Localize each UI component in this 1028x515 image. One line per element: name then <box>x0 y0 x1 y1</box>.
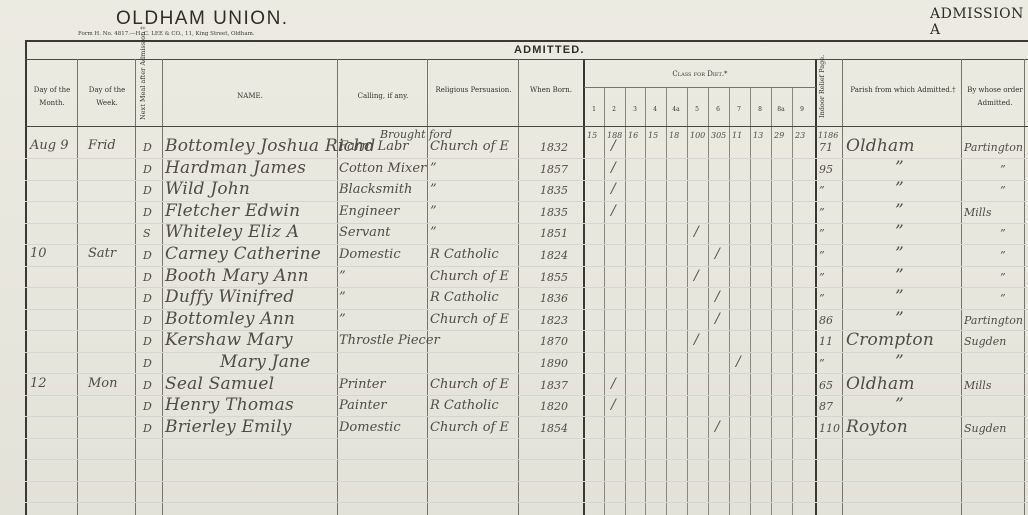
row-day-of-week: Satr <box>88 246 116 261</box>
header-next-meal: Next Meal after Admission ‡ <box>139 64 147 120</box>
row-order: Partington <box>964 314 1023 327</box>
row-parish: ” <box>895 266 904 286</box>
row-relief-page: ” <box>819 292 825 305</box>
row-relief-page: 11 <box>819 335 833 348</box>
row-parish: Crompton <box>846 330 934 350</box>
row-name: Bottomley Ann <box>165 309 295 329</box>
row-relief-page: ” <box>819 357 825 370</box>
row-name: Brierley Emily <box>165 417 292 437</box>
row-next-meal: D <box>143 357 152 370</box>
row-relief-page: ” <box>819 184 825 197</box>
row-when-born: 1837 <box>540 379 568 392</box>
row-name: Henry Thomas <box>165 395 294 415</box>
row-day-of-month: 12 <box>30 376 47 391</box>
left-frame <box>25 40 27 515</box>
row-next-meal: D <box>143 422 152 435</box>
diet-subheader: 1 <box>584 103 604 116</box>
row-when-born: 1823 <box>540 314 568 327</box>
top-rule <box>25 40 1028 42</box>
row-calling: Blacksmith <box>339 182 412 197</box>
diet-col-divider <box>771 87 772 515</box>
brought-forward-relief-page: 1186 <box>818 131 838 140</box>
row-religion: R Catholic <box>430 398 499 413</box>
diet-col-divider <box>666 87 667 515</box>
row-diet-tick: / <box>611 160 616 176</box>
admission-title: ADMISSION A <box>930 6 1028 38</box>
diet-subheader: 3 <box>625 103 645 116</box>
brought-forward-total: 305 <box>711 131 726 140</box>
row-relief-page: 95 <box>819 163 833 176</box>
row-name: Hardman James <box>165 158 306 178</box>
row-order: ” <box>1000 271 1006 284</box>
row-next-meal: D <box>143 379 152 392</box>
ruled-line <box>25 459 1028 460</box>
row-name: Kershaw Mary <box>165 330 293 350</box>
row-name: Whiteley Eliz A <box>165 222 299 242</box>
ruled-line <box>25 438 1028 439</box>
row-calling: Painter <box>339 398 387 413</box>
row-diet-tick: / <box>611 397 616 413</box>
row-relief-page: 87 <box>819 400 833 413</box>
row-next-meal: D <box>143 163 152 176</box>
row-day-of-month: Aug 9 <box>30 138 69 153</box>
row-religion: Church of E <box>430 420 509 435</box>
row-when-born: 1870 <box>540 335 568 348</box>
row-calling: Cotton Mixer <box>339 161 426 176</box>
row-religion: Church of E <box>430 377 509 392</box>
row-diet-tick: / <box>694 224 699 240</box>
row-next-meal: D <box>143 206 152 219</box>
row-order: ” <box>1000 227 1006 240</box>
row-when-born: 1854 <box>540 422 568 435</box>
row-religion: R Catholic <box>430 247 499 262</box>
row-order: ” <box>1000 163 1006 176</box>
row-diet-tick: / <box>611 138 616 154</box>
row-order: Mills <box>964 206 991 219</box>
row-when-born: 1890 <box>540 357 568 370</box>
row-diet-tick: / <box>715 311 720 327</box>
brought-forward-total: 15 <box>648 131 658 140</box>
diet-subheader: 5 <box>687 103 707 116</box>
row-name: Carney Catherine <box>165 244 321 264</box>
diet-col-divider <box>792 87 793 515</box>
row-relief-page: 65 <box>819 379 833 392</box>
row-diet-tick: / <box>611 181 616 197</box>
brought-forward-total: 16 <box>628 131 638 140</box>
row-calling: Engineer <box>339 204 399 219</box>
row-order: ” <box>1000 292 1006 305</box>
row-diet-tick: / <box>611 203 616 219</box>
row-relief-page: ” <box>819 206 825 219</box>
header-calling: Calling, if any. <box>340 90 426 103</box>
diet-subheader: 8a <box>771 103 791 116</box>
row-calling: Throstle Piecer <box>339 333 440 348</box>
row-calling: ” <box>339 312 346 327</box>
row-diet-tick: / <box>736 354 741 370</box>
row-diet-tick: / <box>715 246 720 262</box>
row-when-born: 1824 <box>540 249 568 262</box>
diet-subheader: 7 <box>729 103 749 116</box>
diet-col-divider <box>708 87 709 515</box>
header-when-born: When Born. <box>521 84 581 97</box>
header-name: NAME. <box>165 90 335 103</box>
brought-forward-total: 23 <box>795 131 805 140</box>
brought-forward-total: 100 <box>690 131 705 140</box>
row-when-born: 1857 <box>540 163 568 176</box>
diet-subheader: 2 <box>604 103 624 116</box>
row-next-meal: D <box>143 271 152 284</box>
row-parish: ” <box>895 244 904 264</box>
row-religion: Church of E <box>430 312 509 327</box>
row-name: Seal Samuel <box>165 374 274 394</box>
row-day-of-week: Frid <box>88 138 116 153</box>
diet-col-divider <box>750 87 751 515</box>
diet-subheader: 9 <box>792 103 812 116</box>
register-page: OLDHAM UNION. Form H. No. 4817.—H. C. LE… <box>0 0 1028 515</box>
row-when-born: 1835 <box>540 206 568 219</box>
diet-col-divider <box>625 87 626 515</box>
row-calling: ” <box>339 290 346 305</box>
diet-subheader: 4a <box>666 103 686 116</box>
header-indoor-relief: Indoor Relief Page. <box>818 60 826 118</box>
row-parish: ” <box>895 179 904 199</box>
row-next-meal: D <box>143 249 152 262</box>
row-name: Duffy Winifred <box>165 287 294 307</box>
row-parish: ” <box>895 222 904 242</box>
row-next-meal: D <box>143 141 152 154</box>
row-order: Mills <box>964 379 991 392</box>
row-religion: ” <box>430 161 437 176</box>
row-when-born: 1836 <box>540 292 568 305</box>
row-parish: ” <box>895 395 904 415</box>
row-religion: ” <box>430 182 437 197</box>
header-religion: Religious Persuasion. <box>430 84 517 97</box>
row-relief-page: 86 <box>819 314 833 327</box>
row-day-of-week: Mon <box>88 376 118 391</box>
row-parish: Royton <box>846 417 908 437</box>
row-parish: ” <box>895 287 904 307</box>
row-order: Sugden <box>964 335 1006 348</box>
header-bottom-rule <box>25 126 1028 127</box>
row-when-born: 1820 <box>540 400 568 413</box>
row-next-meal: D <box>143 335 152 348</box>
diet-subheader-rule <box>584 87 816 88</box>
row-religion: Church of E <box>430 139 509 154</box>
row-relief-page: ” <box>819 249 825 262</box>
row-calling: Farm Labr <box>339 139 408 154</box>
row-name: Wild John <box>165 179 250 199</box>
row-order: Sugden <box>964 422 1006 435</box>
row-parish: ” <box>895 158 904 178</box>
row-calling: ” <box>339 269 346 284</box>
brought-forward-total: 11 <box>732 131 742 140</box>
section-rule <box>25 59 1028 60</box>
row-order: ” <box>1000 184 1006 197</box>
ruled-line <box>25 481 1028 482</box>
diet-col-divider <box>645 87 646 515</box>
row-order: Partington <box>964 141 1023 154</box>
row-calling: Servant <box>339 225 391 240</box>
row-next-meal: D <box>143 292 152 305</box>
diet-col-divider <box>729 87 730 515</box>
diet-subheader: 8 <box>750 103 770 116</box>
header-day-of-week: Day of the Week. <box>80 84 134 110</box>
row-parish: ” <box>895 201 904 221</box>
diet-subheader: 4 <box>645 103 665 116</box>
brought-forward-total: 13 <box>753 131 763 140</box>
row-when-born: 1851 <box>540 227 568 240</box>
row-parish: Oldham <box>846 136 915 156</box>
row-name: Booth Mary Ann <box>165 266 309 286</box>
diet-col-divider <box>687 87 688 515</box>
row-relief-page: ” <box>819 227 825 240</box>
row-religion: Church of E <box>430 269 509 284</box>
row-when-born: 1855 <box>540 271 568 284</box>
row-calling: Domestic <box>339 420 401 435</box>
row-calling: Printer <box>339 377 386 392</box>
row-relief-page: 71 <box>819 141 833 154</box>
row-religion: R Catholic <box>430 290 499 305</box>
row-diet-tick: / <box>694 332 699 348</box>
header-diet-class: Class for Diet.* <box>586 68 814 81</box>
row-parish: ” <box>895 352 904 372</box>
ruled-line <box>25 352 1028 353</box>
form-printer-line: Form H. No. 4817.—H. C. LEE & CO., 11, K… <box>78 31 255 37</box>
row-calling: Domestic <box>339 247 401 262</box>
brought-forward-total: 18 <box>669 131 679 140</box>
row-name: Fletcher Edwin <box>165 201 300 221</box>
row-next-meal: D <box>143 184 152 197</box>
row-religion: ” <box>430 204 437 219</box>
diet-subheader: 6 <box>708 103 728 116</box>
header-by-whose-order: By whose order Admitted. <box>964 84 1026 110</box>
row-order: ” <box>1000 249 1006 262</box>
ruled-line <box>25 502 1028 503</box>
row-diet-tick: / <box>715 419 720 435</box>
section-title-admitted: ADMITTED. <box>514 44 585 56</box>
row-day-of-month: 10 <box>30 246 47 261</box>
diet-col-divider <box>604 87 605 515</box>
row-name: Mary Jane <box>220 352 310 372</box>
row-next-meal: D <box>143 314 152 327</box>
row-diet-tick: / <box>715 289 720 305</box>
header-parish: Parish from which Admitted.† <box>846 84 960 97</box>
header-day-of-month: Day of the Month. <box>28 84 76 110</box>
row-next-meal: D <box>143 400 152 413</box>
row-diet-tick: / <box>694 268 699 284</box>
row-next-meal: S <box>143 227 151 240</box>
row-when-born: 1835 <box>540 184 568 197</box>
row-relief-page: 110 <box>819 422 840 435</box>
row-parish: Oldham <box>846 374 915 394</box>
brought-forward-total: 29 <box>774 131 784 140</box>
brought-forward-total: 15 <box>587 131 597 140</box>
row-diet-tick: / <box>611 376 616 392</box>
row-religion: ” <box>430 225 437 240</box>
row-parish: ” <box>895 309 904 329</box>
row-relief-page: ” <box>819 271 825 284</box>
row-when-born: 1832 <box>540 141 568 154</box>
